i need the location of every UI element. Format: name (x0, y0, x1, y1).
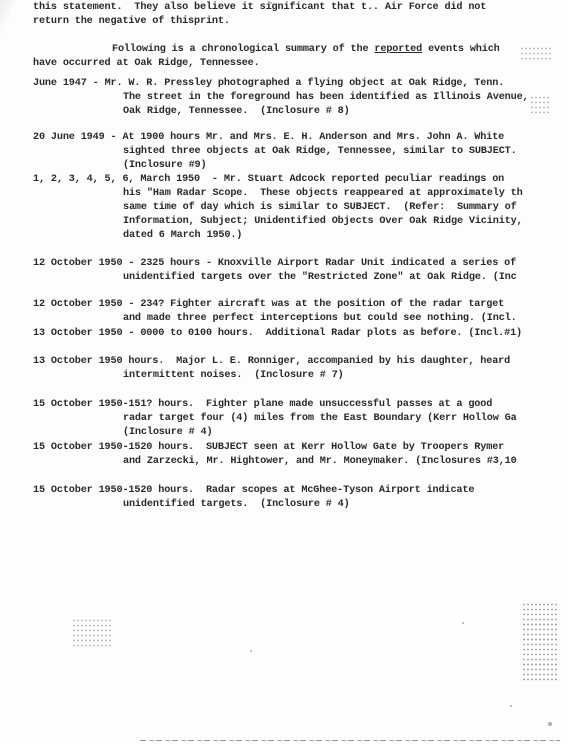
entry-continuation-line: sighted three objects at Oak Ridge, Tenn… (123, 145, 517, 159)
underlined-word: reported (374, 44, 422, 55)
scan-speck (270, 2, 272, 4)
entry-continuation-line: Oak Ridge, Tennessee. (Inclosure # 8) (123, 105, 350, 119)
entry-first-line: June 1947 - Mr. W. R. Pressley photograp… (33, 77, 504, 91)
intro-line-2: return the negative of thisprint. (33, 15, 230, 29)
entry-date: 15 October 1950- (33, 399, 128, 410)
page-bottom-edge (140, 740, 560, 741)
entry-date: 15 October 1950- (33, 485, 128, 496)
summary-intro-text-end: events which (422, 44, 500, 55)
entry-continuation-line: intermittent noises. (Inclosure # 7) (123, 369, 344, 383)
entry-continuation-line: unidentified targets over the "Restricte… (123, 271, 517, 285)
scan-speck (250, 650, 252, 652)
entry-text: 1520 hours. SUBJECT seen at Kerr Hollow … (128, 442, 504, 453)
scan-speck (462, 622, 464, 624)
page-fold-mark (0, 0, 16, 37)
entry-continuation-line: Information, Subject; Unidentified Objec… (123, 215, 523, 229)
entry-first-line: 1, 2, 3, 4, 5, 6, March 1950 - Mr. Stuar… (33, 173, 504, 187)
entry-continuation-line: (Inclosure #9) (123, 159, 207, 173)
scan-speck (548, 722, 552, 726)
entry-first-line: 20 June 1949 - At 1900 hours Mr. and Mrs… (33, 131, 504, 145)
entry-first-line: 15 October 1950-1520 hours. Radar scopes… (33, 484, 474, 498)
scan-speck (510, 705, 512, 707)
entry-text: Mr. W. R. Pressley photographed a flying… (105, 78, 505, 89)
entry-first-line: 13 October 1950 hours. Major L. E. Ronni… (33, 355, 510, 369)
entry-text: 234? Fighter aircraft was at the positio… (140, 299, 504, 310)
entry-date: 20 June 1949 - (33, 132, 122, 143)
entry-text: Mr. Stuart Adcock reported peculiar read… (224, 174, 504, 185)
entry-date: 12 October 1950 - (33, 258, 140, 269)
entry-date: June 1947 - (33, 78, 105, 89)
entry-date: 13 October 1950 - (33, 328, 140, 339)
summary-intro-line-1: Following is a chronological summary of … (112, 43, 500, 57)
entry-first-line: 15 October 1950-151? hours. Fighter plan… (33, 398, 492, 412)
scan-noise (72, 618, 112, 648)
scan-noise (522, 602, 558, 682)
summary-intro-text: Following is a chronological summary of … (112, 44, 374, 55)
entry-date: 15 October 1950- (33, 442, 128, 453)
entry-text: 1520 hours. Radar scopes at McGhee-Tyson… (128, 485, 474, 496)
entry-first-line: 13 October 1950 - 0000 to 0100 hours. Ad… (33, 327, 522, 341)
entry-text: hours. Major L. E. Ronniger, accompanied… (128, 356, 510, 367)
entry-date: 13 October 1950 (33, 356, 128, 367)
entry-continuation-line: radar target four (4) miles from the Eas… (123, 412, 517, 426)
scan-noise (520, 46, 552, 60)
entry-continuation-line: unidentified targets. (Inclosure # 4) (123, 498, 350, 512)
entry-continuation-line: same time of day which is similar to SUB… (123, 201, 517, 215)
scan-noise (530, 95, 550, 115)
entry-text: At 1900 hours Mr. and Mrs. E. H. Anderso… (122, 132, 504, 143)
entry-continuation-line: dated 6 March 1950.) (123, 229, 242, 243)
entry-date: 12 October 1950 - (33, 299, 140, 310)
entry-date: 1, 2, 3, 4, 5, 6, March 1950 - (33, 174, 224, 185)
document-page: this statement. They also believe it sig… (0, 0, 569, 745)
entry-continuation-line: The street in the foreground has been id… (123, 91, 529, 105)
entry-continuation-line: (Inclosure # 4) (123, 426, 212, 440)
entry-text: 2325 hours - Knoxville Airport Radar Uni… (140, 258, 516, 269)
entry-continuation-line: and Zarzecki, Mr. Hightower, and Mr. Mon… (123, 455, 517, 469)
entry-first-line: 15 October 1950-1520 hours. SUBJECT seen… (33, 441, 504, 455)
entry-first-line: 12 October 1950 - 234? Fighter aircraft … (33, 298, 504, 312)
entry-continuation-line: his "Ham Radar Scope. These objects reap… (123, 187, 523, 201)
summary-intro-line-2: have occurred at Oak Ridge, Tennessee. (33, 57, 260, 71)
entry-text: 151? hours. Fighter plane made unsuccess… (128, 399, 492, 410)
entry-continuation-line: and made three perfect interceptions but… (123, 312, 517, 326)
entry-first-line: 12 October 1950 - 2325 hours - Knoxville… (33, 257, 516, 271)
entry-text: 0000 to 0100 hours. Additional Radar plo… (140, 328, 522, 339)
intro-line-1: this statement. They also believe it sig… (33, 1, 486, 15)
